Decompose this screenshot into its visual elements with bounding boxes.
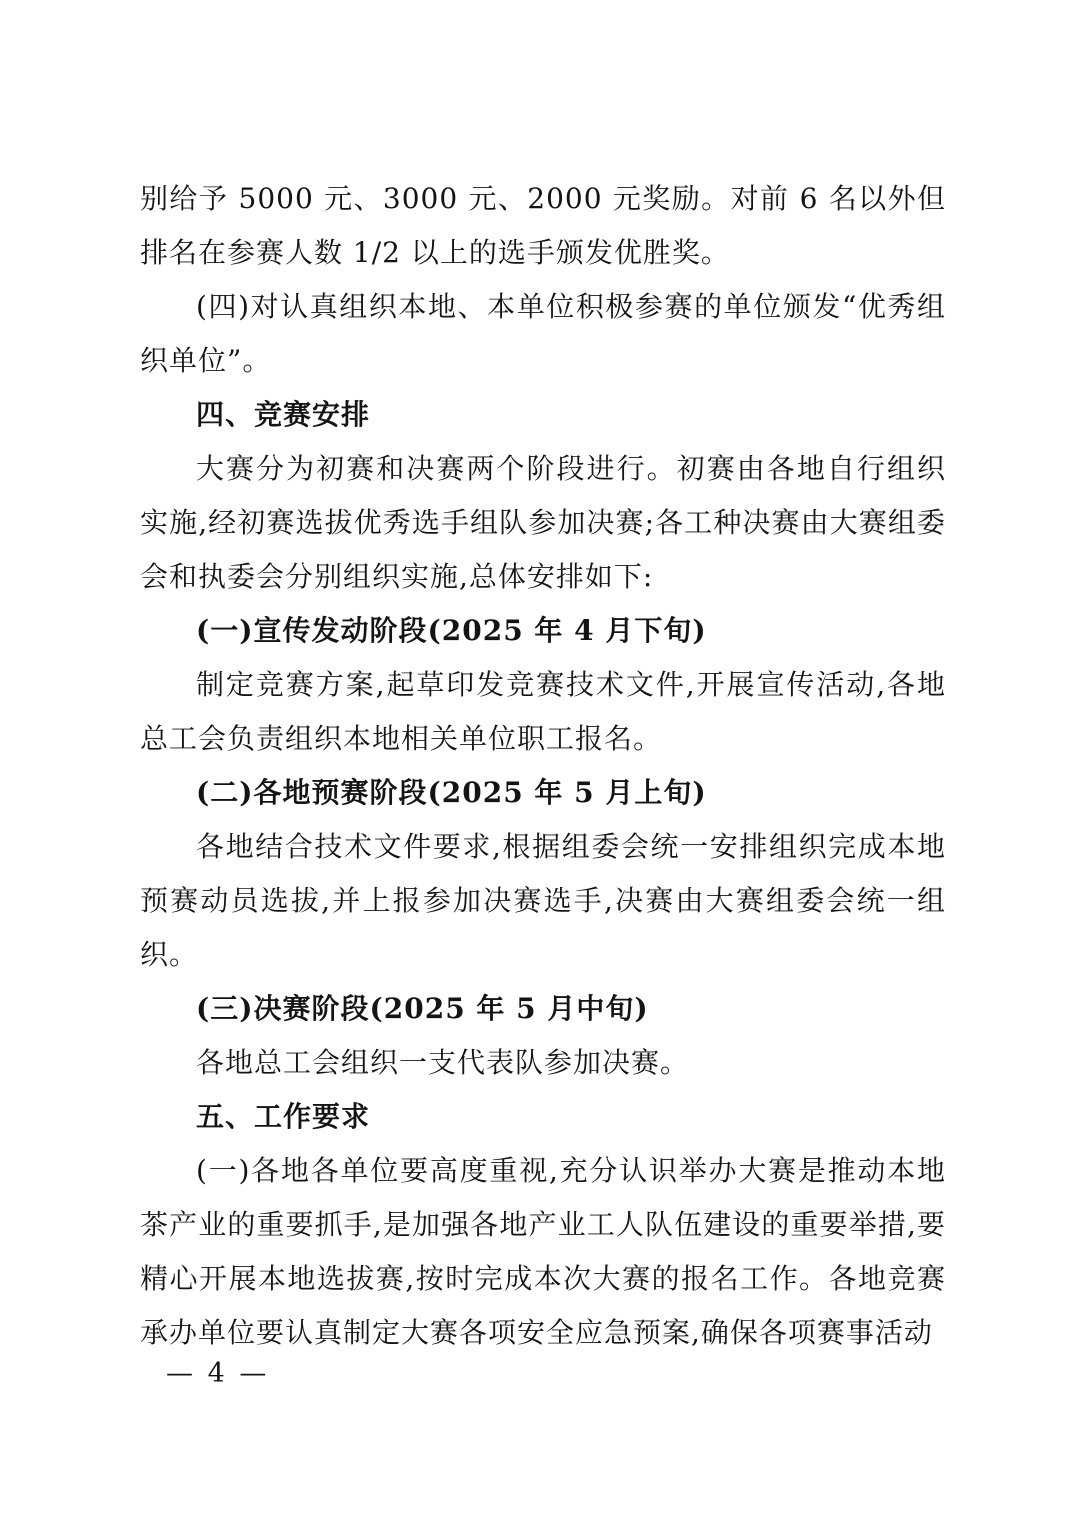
document-page: 别给予 5000 元、3000 元、2000 元奖励。对前 6 名以外但排名在参… — [0, 0, 1080, 1527]
paragraph-stage-2-detail: 各地结合技术文件要求,根据组委会统一安排组织完成本地预赛动员选拔,并上报参加决赛… — [140, 820, 946, 982]
stage-heading-1: (一)宣传发动阶段(2025 年 4 月下旬) — [140, 604, 946, 658]
paragraph-stage-1-detail: 制定竞赛方案,起草印发竞赛技术文件,开展宣传活动,各地总工会负责组织本地相关单位… — [140, 658, 946, 766]
paragraph-competition-intro: 大赛分为初赛和决赛两个阶段进行。初赛由各地自行组织实施,经初赛选拔优秀选手组队参… — [140, 442, 946, 604]
stage-heading-3: (三)决赛阶段(2025 年 5 月中旬) — [140, 982, 946, 1036]
section-heading-5: 五、工作要求 — [140, 1090, 946, 1144]
stage-heading-2: (二)各地预赛阶段(2025 年 5 月上旬) — [140, 766, 946, 820]
page-number: — 4 — — [166, 1356, 269, 1392]
paragraph-award-unit: (四)对认真组织本地、本单位积极参赛的单位颁发“优秀组织单位”。 — [140, 280, 946, 388]
paragraph-stage-3-detail: 各地总工会组织一支代表队参加决赛。 — [140, 1036, 946, 1090]
paragraph-continuation: 别给予 5000 元、3000 元、2000 元奖励。对前 6 名以外但排名在参… — [140, 172, 946, 280]
document-body: 别给予 5000 元、3000 元、2000 元奖励。对前 6 名以外但排名在参… — [140, 172, 946, 1360]
section-heading-4: 四、竞赛安排 — [140, 388, 946, 442]
paragraph-work-requirement: (一)各地各单位要高度重视,充分认识举办大赛是推动本地茶产业的重要抓手,是加强各… — [140, 1144, 946, 1360]
